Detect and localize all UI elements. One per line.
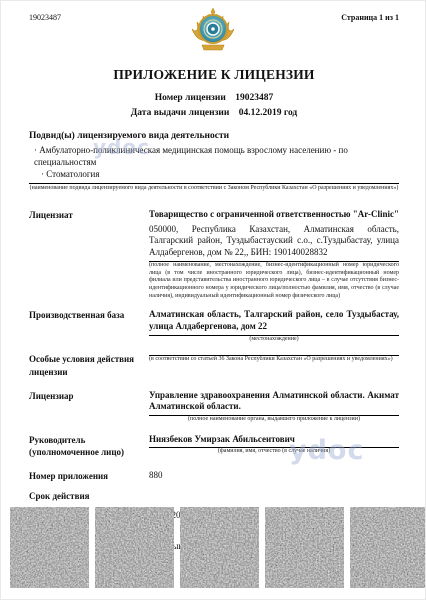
license-number-label: Номер лицензии: [155, 93, 226, 103]
head-person-name: Ниязбеков Умирзак Абильсеитович: [149, 434, 399, 448]
licensor-value: Управление здравоохранения Алматинской о…: [149, 390, 399, 413]
production-base-footnote: (местонахождение): [149, 336, 399, 344]
license-number-line: Номер лицензии 19023487: [29, 93, 399, 103]
document-title: ПРИЛОЖЕНИЕ К ЛИЦЕНЗИИ: [29, 67, 399, 83]
datamatrix-barcode-block: [180, 507, 259, 588]
special-conditions-footnote: (в соответствии со статьей 36 Закона Рес…: [149, 356, 399, 364]
divider: [29, 183, 399, 184]
datamatrix-barcode-block: [95, 507, 174, 588]
subtype-item: · Стоматология: [29, 168, 399, 180]
field-annex-number: Номер приложения 880: [29, 470, 399, 482]
kazakhstan-coat-of-arms-icon: [1, 7, 425, 60]
field-head-person: Руководитель (уполномоченное лицо) Ниязб…: [29, 434, 399, 458]
field-label: Особые условия действия лицензии: [29, 353, 149, 377]
license-date-label: Дата выдачи лицензии: [131, 108, 230, 118]
licensee-address: 050000, Республика Казахстан, Алматинска…: [149, 224, 399, 259]
field-label: Лицензиар: [29, 390, 149, 424]
license-date-value: 04.12.2019 год: [239, 108, 297, 118]
license-date-line: Дата выдачи лицензии 04.12.2019 год: [29, 108, 399, 118]
head-person-footnote: (фамилия, имя, отчество (в случае наличи…: [149, 448, 399, 456]
license-number-value: 19023487: [235, 93, 273, 103]
licensee-footnote: (полное наименование, местонахождение, б…: [149, 262, 399, 302]
field-label: Срок действия: [29, 490, 149, 502]
validity-value: [149, 490, 399, 502]
field-validity: Срок действия: [29, 490, 399, 502]
barcode-row: [10, 507, 426, 588]
subtypes-footnote: (наименование подвида лицензируемого вид…: [29, 185, 399, 193]
production-base-value: Алматинская область, Талгарский район, с…: [149, 309, 399, 332]
licensee-name: Товарищество с ограниченной ответственно…: [149, 209, 399, 221]
datamatrix-barcode-block: [10, 507, 89, 588]
subtype-item: · Амбулаторно-поликлиническая медицинска…: [29, 144, 399, 168]
field-label: Лицензиат: [29, 209, 149, 301]
field-label: Руководитель (уполномоченное лицо): [29, 434, 149, 458]
subtypes-heading: Подвид(ы) лицензируемого вида деятельнос…: [29, 131, 399, 141]
datamatrix-barcode-block: [265, 507, 344, 588]
field-label: Производственная база: [29, 309, 149, 343]
licensor-footnote: (полное наименование органа, выдавшего п…: [149, 416, 399, 424]
field-licensor: Лицензиар Управление здравоохранения Алм…: [29, 390, 399, 424]
datamatrix-barcode-block: [350, 507, 426, 588]
annex-number-value: 880: [149, 470, 399, 482]
field-label: Номер приложения: [29, 470, 149, 482]
license-annex-document: ydoc ydoc 19023487 Страница 1 из 1 ПРИЛО…: [0, 0, 426, 600]
field-licensee: Лицензиат Товарищество с ограниченной от…: [29, 209, 399, 301]
field-special-conditions: Особые условия действия лицензии (в соот…: [29, 353, 399, 377]
field-production-base: Производственная база Алматинская област…: [29, 309, 399, 343]
